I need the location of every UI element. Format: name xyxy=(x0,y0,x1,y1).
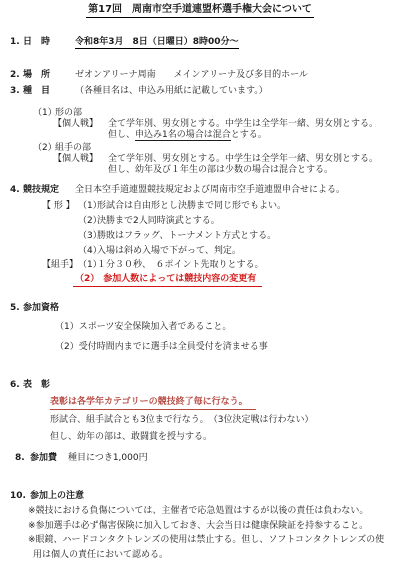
section-number: 6. xyxy=(10,380,23,391)
section-rules: 4. 競技規定 全日本空手道連盟競技規定および周南市空手道連盟申合せによる。 xyxy=(0,185,400,196)
rule-text: 但し、 xyxy=(108,130,135,140)
rule-kata-item: （4） 入場は斜め入場で下がって、判定。 xyxy=(0,246,400,257)
note-text: 用は個人の責任において認める。 xyxy=(33,550,168,560)
event-venue: ゼオンアリーナ周南 メインアリーナ及び多目的ホール xyxy=(75,70,308,81)
section-awards: 6. 表 彰 xyxy=(0,380,400,391)
event-datetime: 令和8年3月 8日（日曜日）8時00分～ xyxy=(75,37,239,49)
rule-text: 入場は斜め入場で下がって、判定。 xyxy=(97,246,241,257)
individual-match-tag: 【個人戦】 xyxy=(53,119,108,130)
section-label: 参加上の注意 xyxy=(30,491,84,502)
eligibility-text: （2）受付時間内までに選手は全員受付を済ませる事 xyxy=(55,342,268,352)
note-item: ※競技における負傷については、主催者で応急処置はするが以後の責任は負わない。 xyxy=(0,506,400,517)
rule-text: 全て学年別、男女別とする。中学生は全学年一緒、男女別とする。 xyxy=(108,154,378,165)
rule-kata-item: （2） 決勝まで2人同時演武とする。 xyxy=(0,216,400,227)
eligibility-item: （2）受付時間内までに選手は全員受付を済ませる事 xyxy=(0,342,400,353)
kumite-tag: 【組手】 xyxy=(42,260,78,271)
awards-text: 形試合、組手試合とも3位まで行なう。 （3位決定戦は行わない） xyxy=(50,415,313,425)
rules-intro: 全日本空手道連盟競技規定および周南市空手道連盟申合せによる。 xyxy=(75,185,345,196)
eligibility-text: （1）スポーツ安全保険加入者であること。 xyxy=(55,322,231,332)
rule-text: 勝敗はフラッグ、トーナメント方式とする。 xyxy=(97,231,276,242)
rule-change-notice: （2）参加人数によっては競技内容の変更有 xyxy=(0,274,400,287)
note-text: ※眼鏡、ハードコンタクトレンズの使用は禁止する。但し、ソフトコンタクトレンズの使 xyxy=(28,535,384,545)
document-page: 第17回 周南市空手道連盟杯選手権大会について 1. 日 時 令和8年3月 8日… xyxy=(0,0,400,563)
underlined-phrase: 申込み1名の場合は混合 xyxy=(135,130,231,141)
section-fee: 8. 参加費 種目につき1,000円 xyxy=(0,453,400,464)
individual-match-tag: 【個人戦】 xyxy=(53,154,108,165)
rule-number: （1） xyxy=(78,260,97,271)
kumite-division-rule-line-2: 但し、幼年及び１年生の部は少数の場合は混合とする。 xyxy=(0,165,400,176)
item-number: （1） xyxy=(33,108,55,119)
awards-line: 形試合、組手試合とも3位まで行なう。 （3位決定戦は行わない） xyxy=(0,415,400,426)
rule-text: 但し、幼年及び１年生の部は少数の場合は混合とする。 xyxy=(108,165,333,175)
item-number: （2） xyxy=(33,143,55,154)
kata-division-rule-line-1: 【個人戦】 全て学年別、男女別とする。中学生は全学年一緒、男女別とする。 xyxy=(0,119,400,130)
note-item-continuation: 用は個人の責任において認める。 xyxy=(0,550,400,561)
rule-number: （4） xyxy=(78,246,97,257)
note-text: ※参加選手は必ず傷害保険に加入しておき、大会当日は健康保険証を持参すること。 xyxy=(28,521,368,531)
note-item: ※参加選手は必ず傷害保険に加入しておき、大会当日は健康保険証を持参すること。 xyxy=(0,521,400,532)
rule-kumite-item: 【組手】 （1） １分３０秒、 ６ポイント先取りとする。 xyxy=(0,260,400,271)
awards-highlight-text: 表彰は各学年カテゴリーの競技終了毎に行なう。 xyxy=(50,397,256,410)
note-item: ※眼鏡、ハードコンタクトレンズの使用は禁止する。但し、ソフトコンタクトレンズの使 xyxy=(0,535,400,546)
section-datetime: 1. 日 時 令和8年3月 8日（日曜日）8時00分～ xyxy=(0,37,400,49)
section-number: 1. xyxy=(10,37,23,49)
section-venue: 2. 場 所 ゼオンアリーナ周南 メインアリーナ及び多目的ホール xyxy=(0,70,400,81)
kata-division-rule-line-2: 但し、申込み1名の場合は混合とする。 xyxy=(0,130,400,141)
kata-tag: 【 形 】 xyxy=(42,201,78,212)
change-notice-text: （2）参加人数によっては競技内容の変更有 xyxy=(73,274,262,287)
section-notes: 10. 参加上の注意 xyxy=(0,491,400,502)
section-label: 種 目 xyxy=(23,86,75,97)
section-events: 3. 種 目 （各種目名は、申込み用紙に記載しています。） xyxy=(0,86,400,97)
section-number: 2. xyxy=(10,70,23,81)
section-number: 5. xyxy=(10,303,23,314)
section-number: 8. xyxy=(15,453,30,464)
kumite-division-item: （2） 組手の部 xyxy=(0,143,400,154)
rule-kata-item: （3） 勝敗はフラッグ、トーナメント方式とする。 xyxy=(0,231,400,242)
rule-kata-item: 【 形 】 （1） 形試合は自由形とし決勝まで同じ形でもよい。 xyxy=(0,201,400,212)
rule-text: 全て学年別、男女別とする。中学生は全学年一緒、男女別とする。 xyxy=(108,119,378,130)
rule-number: （1） xyxy=(78,201,97,212)
rule-number: （2） xyxy=(78,216,97,227)
events-note: （各種目名は、申込み用紙に記載しています。） xyxy=(75,86,268,97)
page-title: 第17回 周南市空手道連盟杯選手権大会について xyxy=(0,4,400,18)
rule-text: とする。 xyxy=(231,130,267,140)
eligibility-item: （1）スポーツ安全保険加入者であること。 xyxy=(0,322,400,333)
section-eligibility: 5. 参加資格 xyxy=(0,303,400,314)
rule-number: （3） xyxy=(78,231,97,242)
section-number: 10. xyxy=(10,491,30,502)
rule-number: （2） xyxy=(75,274,103,284)
awards-line: 但し、幼年の部は、敢闘賞を授与する。 xyxy=(0,432,400,443)
section-number: 4. xyxy=(10,185,23,196)
section-number: 3. xyxy=(10,86,23,97)
section-label: 競技規定 xyxy=(23,185,75,196)
item-title: 組手の部 xyxy=(55,143,91,154)
note-text: ※競技における負傷については、主催者で応急処置はするが以後の責任は負わない。 xyxy=(28,506,368,516)
item-title: 形の部 xyxy=(55,108,82,119)
awards-highlight: 表彰は各学年カテゴリーの競技終了毎に行なう。 xyxy=(0,397,400,410)
section-label: 日 時 xyxy=(23,37,75,49)
section-label: 参加費 xyxy=(30,453,68,464)
fee-value: 種目につき1,000円 xyxy=(68,453,148,464)
kumite-division-rule-line-1: 【個人戦】 全て学年別、男女別とする。中学生は全学年一緒、男女別とする。 xyxy=(0,154,400,165)
section-label: 場 所 xyxy=(23,70,75,81)
rule-text: 決勝まで2人同時演武とする。 xyxy=(97,216,220,227)
awards-text: 但し、幼年の部は、敢闘賞を授与する。 xyxy=(50,432,212,442)
rule-text: 形試合は自由形とし決勝まで同じ形でもよい。 xyxy=(97,201,286,212)
page-title-text: 第17回 周南市空手道連盟杯選手権大会について xyxy=(86,4,314,18)
section-label: 参加資格 xyxy=(23,303,75,314)
section-label: 表 彰 xyxy=(23,380,75,391)
rule-text: １分３０秒、 ６ポイント先取りとする。 xyxy=(97,260,264,271)
kata-division-item: （1） 形の部 xyxy=(0,108,400,119)
